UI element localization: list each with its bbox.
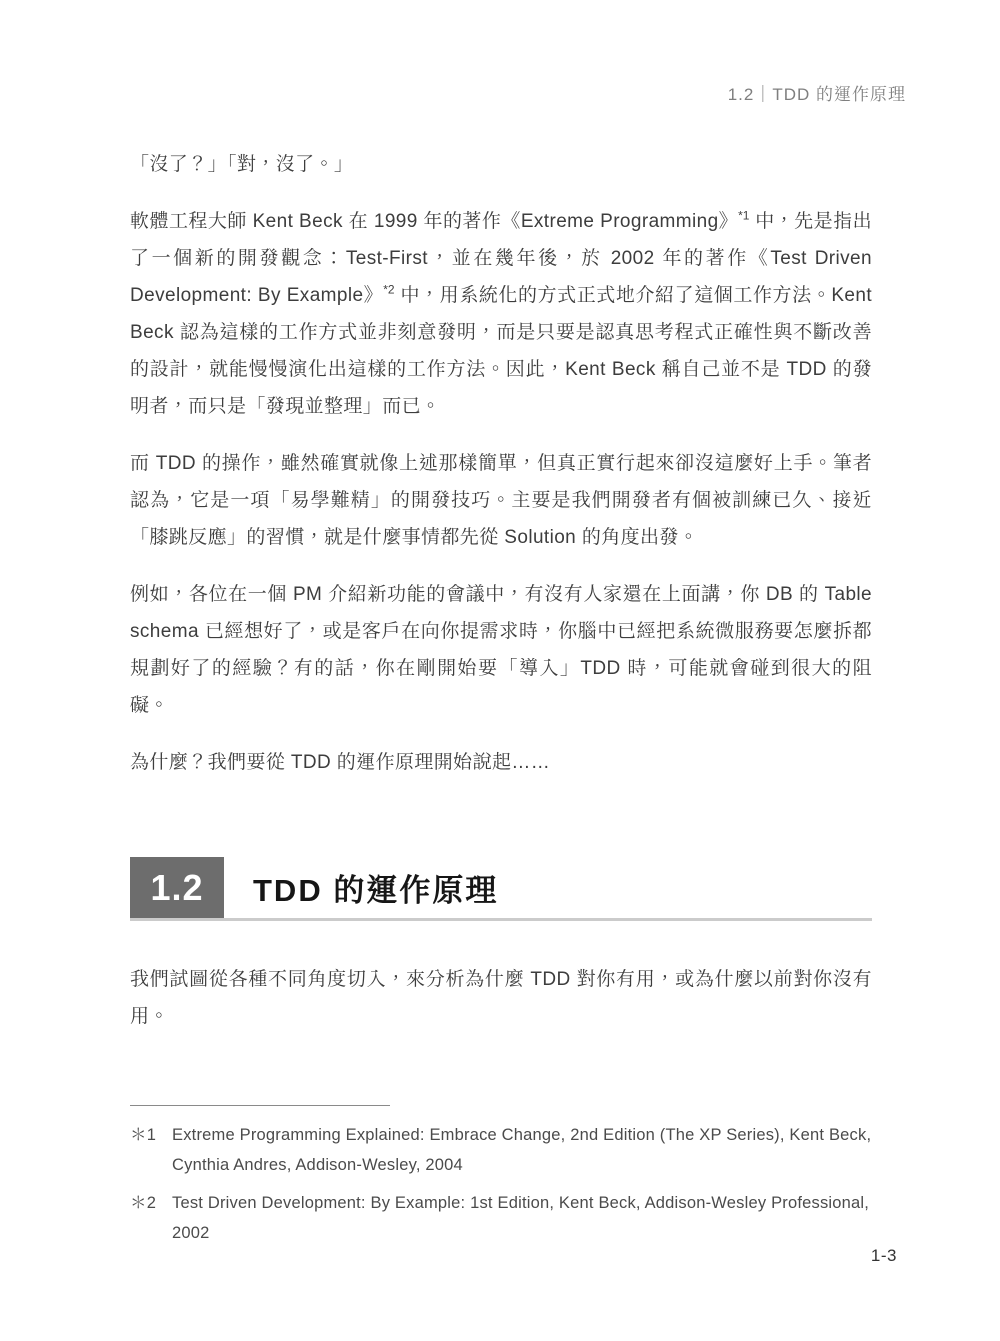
paragraph-example: 例如，各位在一個 PM 介紹新功能的會議中，有沒有人家還在上面講，你 DB 的 … <box>130 576 872 724</box>
book-page: 1.2｜TDD 的運作原理 「沒了？」「對，沒了。」 軟體工程大師 Kent B… <box>0 0 1000 1341</box>
section-heading: 1.2 TDD 的運作原理 <box>130 857 872 921</box>
footnotes-block: ＊1 Extreme Programming Explained: Embrac… <box>130 1105 872 1248</box>
paragraph-section-intro: 我們試圖從各種不同角度切入，來分析為什麼 TDD 對你有用，或為什麼以前對你沒有… <box>130 961 872 1035</box>
footnote-ref-2: *2 <box>383 283 394 297</box>
section-number-badge: 1.2 <box>130 857 224 918</box>
footnote-marker: ＊1 <box>130 1120 172 1180</box>
footnote-1: ＊1 Extreme Programming Explained: Embrac… <box>130 1120 872 1180</box>
paragraph-kent-beck-history: 軟體工程大師 Kent Beck 在 1999 年的著作《Extreme Pro… <box>130 203 872 425</box>
page-number: 1-3 <box>871 1246 897 1266</box>
footnote-ref-1: *1 <box>738 209 749 223</box>
footnote-text: Extreme Programming Explained: Embrace C… <box>172 1120 872 1180</box>
paragraph-why: 為什麼？我們要從 TDD 的運作原理開始說起…… <box>130 744 872 781</box>
section-title: TDD 的運作原理 <box>253 865 498 910</box>
footnote-2: ＊2 Test Driven Development: By Example: … <box>130 1188 872 1248</box>
footnote-divider <box>130 1105 390 1106</box>
running-header: 1.2｜TDD 的運作原理 <box>728 80 906 105</box>
paragraph-segment: 軟體工程大師 Kent Beck 在 1999 年的著作《Extreme Pro… <box>130 211 738 232</box>
footnote-text: Test Driven Development: By Example: 1st… <box>172 1188 872 1248</box>
footnote-marker: ＊2 <box>130 1188 172 1248</box>
paragraph-dialogue: 「沒了？」「對，沒了。」 <box>130 146 872 183</box>
paragraph-tdd-difficulty: 而 TDD 的操作，雖然確實就像上述那樣簡單，但真正實行起來卻沒這麼好上手。筆者… <box>130 445 872 556</box>
page-content: 「沒了？」「對，沒了。」 軟體工程大師 Kent Beck 在 1999 年的著… <box>130 146 872 1248</box>
